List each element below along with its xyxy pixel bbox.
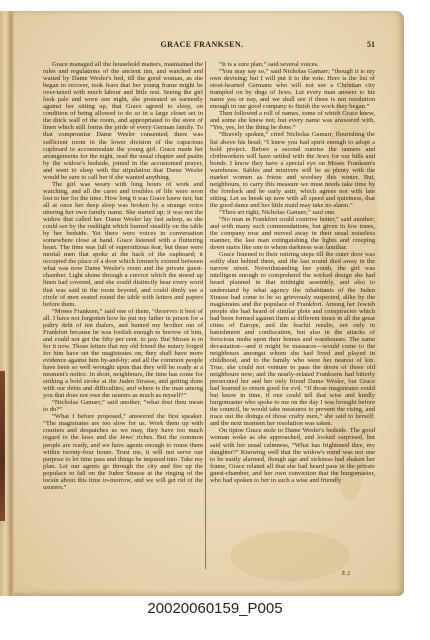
signature-mark: E 2 — [342, 571, 350, 577]
right-column: “It is a sure plan,” said several voices… — [210, 61, 375, 484]
paper-stain — [230, 531, 350, 581]
book-page: GRACE FRANKSEN. 51 Grace managed all the… — [0, 11, 404, 596]
paragraph: “Moses Franksen,” said one of them, “des… — [43, 308, 203, 400]
paragraph: “Nicholas Gamarr,” said another, “what d… — [43, 399, 203, 413]
paragraph: On tiptoe Grace stole to Dame Wesler's b… — [210, 427, 375, 483]
paragraph: Grace listened to their retiring steps t… — [210, 251, 375, 427]
page-number: 51 — [367, 40, 375, 49]
column-divider — [205, 61, 206, 569]
paragraph: “What I before proposed,” answered the f… — [43, 413, 203, 491]
paragraph: “No man in Frankfort could contrive bett… — [210, 216, 375, 251]
paragraph: Grace managed all the household matters,… — [43, 61, 203, 181]
running-head: GRACE FRANKSEN. — [0, 40, 404, 49]
paragraph: “Bravely spoken,” cried Nicholas Gamarr,… — [210, 131, 375, 209]
left-column: Grace managed all the household matters,… — [43, 61, 203, 491]
paragraph: The girl was weary with long hours of wo… — [43, 181, 203, 308]
image-caption: 20020060159_P005 — [0, 600, 430, 617]
binding-edge — [0, 371, 5, 521]
paragraph: “Thou art right, Nicholas Gamarr,” said … — [210, 209, 375, 216]
paragraph: “You may say so,” said Nicholas Gamarr; … — [210, 68, 375, 110]
paragraph: “It is a sure plan,” said several voices… — [210, 61, 375, 68]
paragraph: Then followed a roll of names, some of w… — [210, 110, 375, 131]
